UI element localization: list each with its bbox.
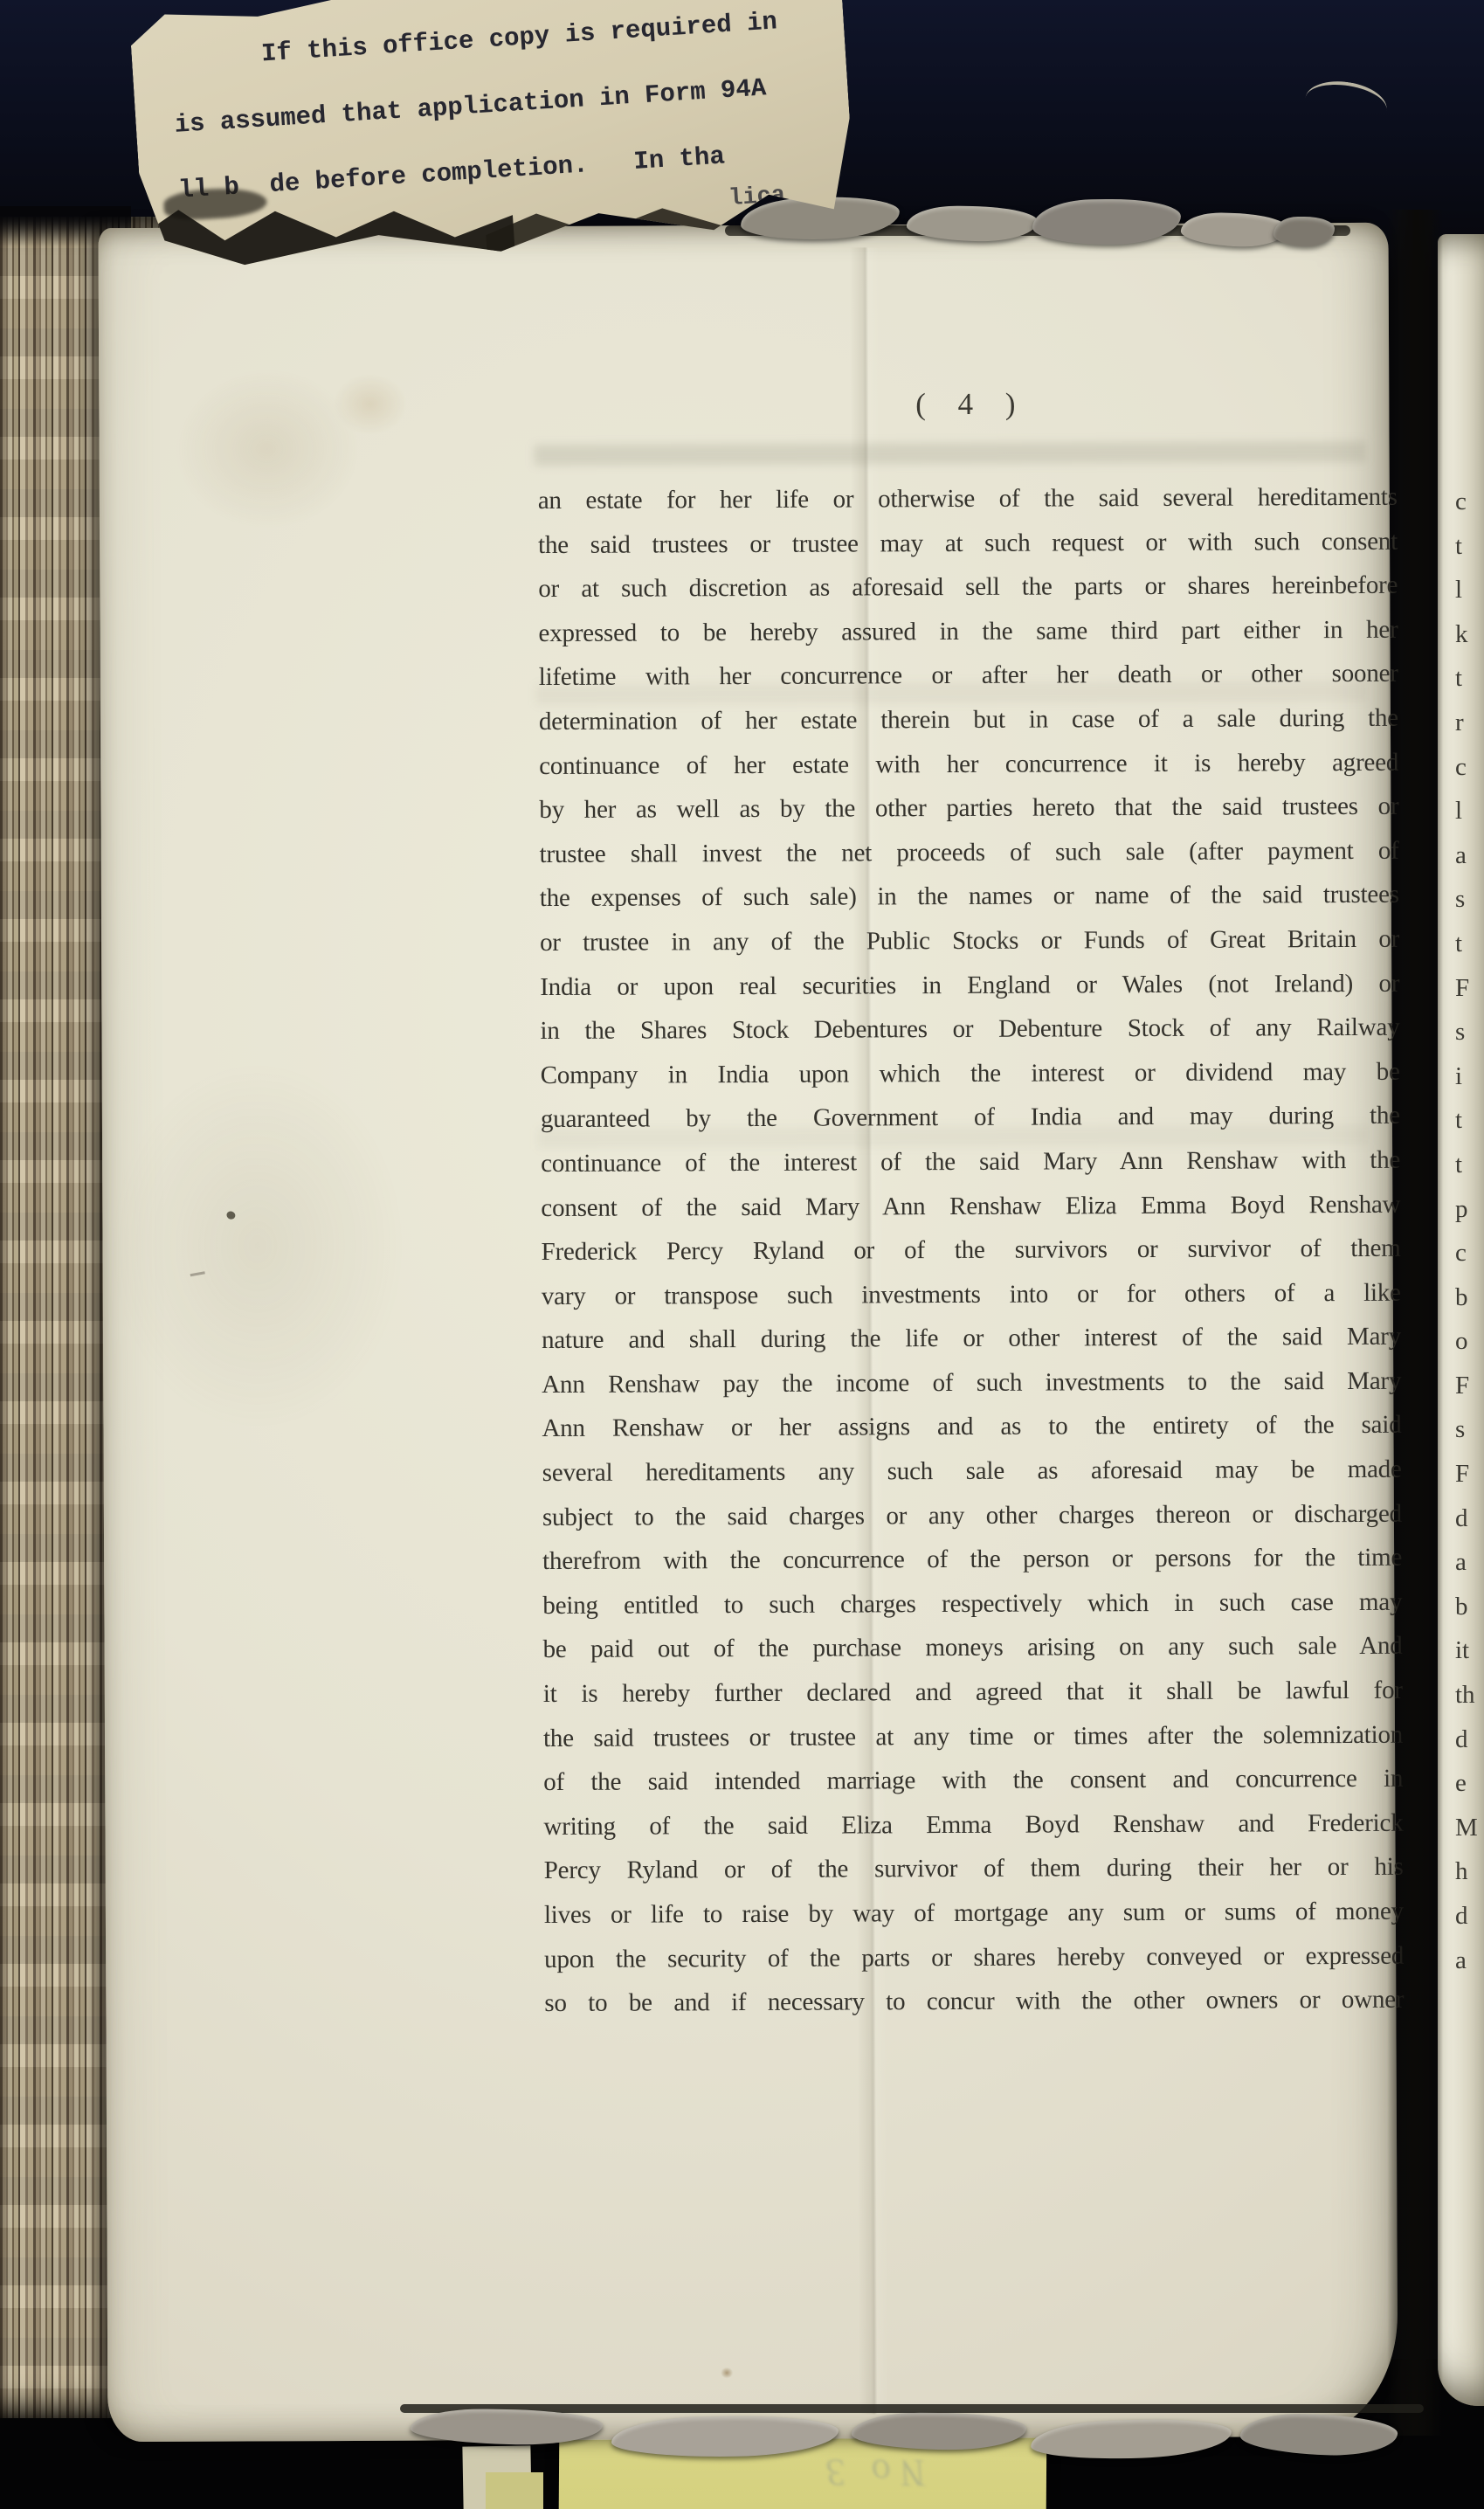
next-page-line-fragment: M xyxy=(1455,1806,1484,1850)
next-page-line-fragment: i xyxy=(1455,1054,1484,1099)
next-page-line-fragment: t xyxy=(1455,656,1484,701)
text-line: therefrom with the concurrence of the pe… xyxy=(542,1536,1402,1584)
text-line: determination of her estate therein but … xyxy=(539,696,1398,744)
next-page-line-fragment: e xyxy=(1455,1761,1484,1806)
next-page-line-fragment: d xyxy=(1455,1496,1484,1541)
text-line: vary or transpose such investments into … xyxy=(542,1270,1401,1318)
text-line: so to be and if necessary to concur with… xyxy=(544,1978,1404,2026)
text-line: being entitled to such charges respectiv… xyxy=(542,1580,1402,1628)
text-line: by her as well as by the other parties h… xyxy=(539,784,1398,833)
text-line: Company in India upon which the interest… xyxy=(541,1049,1400,1097)
next-page-line-fragment: th xyxy=(1455,1673,1484,1718)
next-page-line-fragment: c xyxy=(1455,745,1484,790)
next-page-line-fragment: a xyxy=(1455,1939,1484,1983)
page-number: ( 4 ) xyxy=(537,385,1395,424)
next-page-line-fragment: a xyxy=(1455,833,1484,878)
text-line: consent of the said Mary Ann Renshaw Eli… xyxy=(541,1182,1400,1230)
next-page-line-fragment: t xyxy=(1455,922,1484,966)
next-page-line-fragment: b xyxy=(1455,1585,1484,1629)
next-page-line-fragment: it xyxy=(1455,1628,1484,1673)
next-page-line-fragment: p xyxy=(1455,1187,1484,1232)
text-line: India or upon real securities in England… xyxy=(540,961,1399,1009)
yellow-paper-tab xyxy=(486,2472,543,2509)
scanned-book-photo: ctlktrclastFsittpcboFsFdabitthdeMhda No … xyxy=(0,0,1484,2509)
next-page-line-fragment: l xyxy=(1455,568,1484,612)
text-line: Percy Ryland or of the survivor of them … xyxy=(544,1845,1404,1893)
next-page-line-fragment: t xyxy=(1455,524,1484,569)
text-line: continuance of the interest of the said … xyxy=(541,1138,1400,1186)
text-line: subject to the said charges or any other… xyxy=(542,1491,1402,1539)
next-page-line-fragment: s xyxy=(1455,1407,1484,1452)
next-page-line-fragment: k xyxy=(1455,612,1484,657)
document-page: ( 4 ) an estate for her life or otherwis… xyxy=(98,223,1398,2442)
text-line: guaranteed by the Government of India an… xyxy=(541,1094,1400,1142)
text-line: be paid out of the purchase moneys arisi… xyxy=(542,1624,1402,1672)
text-line: nature and shall during the life or othe… xyxy=(542,1315,1401,1363)
text-line: trustee shall invest the net proceeds of… xyxy=(540,828,1399,876)
next-page-text-fragments: ctlktrclastFsittpcboFsFdabitthdeMhda xyxy=(1455,480,1484,2027)
text-line: an estate for her life or otherwise of t… xyxy=(538,475,1398,523)
next-page-line-fragment: d xyxy=(1455,1718,1484,1762)
book-gutter-shadow xyxy=(1387,210,1443,2436)
next-page-line-fragment: a xyxy=(1455,1540,1484,1585)
next-page-line-fragment: F xyxy=(1455,966,1484,1011)
next-page-line-fragment: c xyxy=(1455,480,1484,524)
next-page-line-fragment: s xyxy=(1455,877,1484,922)
next-page-line-fragment: t xyxy=(1455,1098,1484,1143)
text-line: the expenses of such sale) in the names … xyxy=(540,873,1399,921)
text-line: or trustee in any of the Public Stocks o… xyxy=(540,917,1399,965)
text-line: the said trustees or trustee may at such… xyxy=(538,519,1398,567)
text-line: lifetime with her concurrence or after h… xyxy=(539,652,1398,700)
text-line: several hereditaments any such sale as a… xyxy=(542,1448,1402,1496)
text-line: it is hereby further declared and agreed… xyxy=(543,1669,1403,1717)
next-page-line-fragment: l xyxy=(1455,789,1484,833)
next-page-line-fragment: t xyxy=(1455,1143,1484,1187)
next-page-line-fragment: d xyxy=(1455,1894,1484,1939)
text-line: Ann Renshaw pay the income of such inves… xyxy=(542,1359,1401,1407)
deed-text-block: an estate for her life or otherwise of t… xyxy=(538,475,1405,2026)
text-line: of the said intended marriage with the c… xyxy=(543,1757,1403,1805)
text-line: upon the security of the parts or shares… xyxy=(544,1933,1404,1981)
text-line: Ann Renshaw or her assigns and as to the… xyxy=(542,1403,1401,1451)
ink-ghost-offset xyxy=(535,441,1366,466)
text-line: or at such discretion as aforesaid sell … xyxy=(538,563,1398,612)
text-line: the said trustees or trustee at any time… xyxy=(543,1712,1403,1760)
text-line: continuance of her estate with her concu… xyxy=(539,740,1398,788)
text-line: writing of the said Eliza Emma Boyd Rens… xyxy=(543,1801,1403,1849)
next-page-line-fragment: F xyxy=(1455,1452,1484,1496)
next-page-line-fragment xyxy=(1455,1982,1484,2027)
next-page-line-fragment: b xyxy=(1455,1275,1484,1320)
next-page-line-fragment: F xyxy=(1455,1364,1484,1408)
next-page-line-fragment: h xyxy=(1455,1849,1484,1894)
next-page-line-fragment: s xyxy=(1455,1010,1484,1054)
text-line: lives or life to raise by way of mortgag… xyxy=(544,1890,1404,1938)
next-page-line-fragment: c xyxy=(1455,1231,1484,1275)
text-line: Frederick Percy Ryland or of the survivo… xyxy=(541,1227,1400,1275)
text-line: in the Shares Stock Debentures or Debent… xyxy=(540,1006,1399,1054)
margin-dash-mark xyxy=(190,1271,205,1276)
ink-speck xyxy=(225,1210,236,1220)
text-line: expressed to be hereby assured in the sa… xyxy=(538,608,1398,656)
next-page-line-fragment: r xyxy=(1455,701,1484,745)
next-page-sliver: ctlktrclastFsittpcboFsFdabitthdeMhda xyxy=(1438,234,1484,2406)
next-page-line-fragment: o xyxy=(1455,1319,1484,1364)
